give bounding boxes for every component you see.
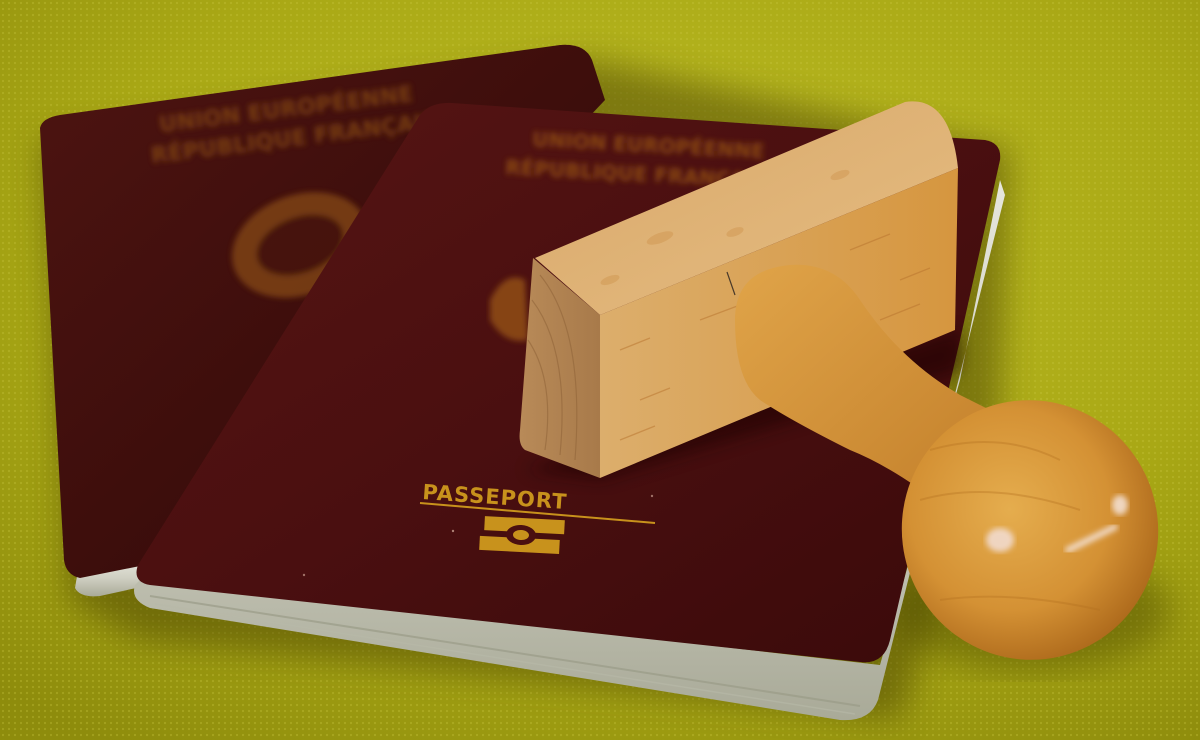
passport-stamp-photo: UNION EUROPÉENNE RÉPUBLIQUE FRANÇAISE UN… bbox=[0, 0, 1200, 740]
